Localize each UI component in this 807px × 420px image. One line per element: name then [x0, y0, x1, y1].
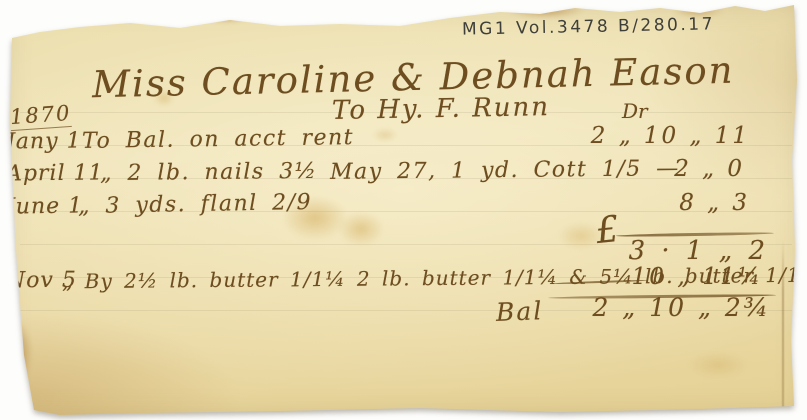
archival-catalog-number: MG1 Vol.3478 B/280.17	[462, 14, 715, 39]
debit-abbreviation: Dr	[622, 99, 648, 123]
paper-stain	[688, 352, 748, 378]
entry-date: April 11	[6, 160, 104, 186]
entry-description: „ 2 lb. nails 3½	[100, 159, 318, 186]
total-amount: 3 · 1 „ 2	[629, 236, 769, 266]
entry-amount: 2 „ 0	[674, 156, 745, 182]
scanned-receipt: MG1 Vol.3478 B/280.17 Miss Caroline & De…	[0, 0, 807, 420]
pound-sign: £	[594, 209, 621, 252]
credit-entry-amount: 10 „ 11¼	[632, 264, 763, 290]
balance-label: Bal	[496, 296, 544, 327]
entry-description: „ 3 yds. flanl 2/9	[78, 190, 312, 219]
paper-sheet: MG1 Vol.3478 B/280.17 Miss Caroline & De…	[0, 0, 807, 420]
entry-date: June 1	[6, 193, 84, 219]
ledger-year: 1870	[9, 101, 72, 131]
paper-surface: MG1 Vol.3478 B/280.17 Miss Caroline & De…	[0, 0, 807, 420]
balance-amount: 2 „ 10 „ 2¾	[592, 293, 771, 322]
paper-stain	[0, 282, 18, 308]
entry-date: Jany 1	[6, 128, 82, 154]
paper-stain	[338, 212, 384, 246]
document-title-debtor: To Hy. F. Runn	[332, 92, 551, 126]
paper-stain	[0, 318, 32, 388]
entry-description: To Bal. on acct rent	[82, 125, 354, 154]
paper-stain	[205, 10, 249, 23]
entry-description-continued: May 27, 1 yd. Cott 1/5 —	[330, 156, 680, 185]
paper-stain	[372, 128, 398, 142]
entry-amount: 8 „ 3	[679, 190, 750, 216]
entry-amount: 2 „ 10 „ 11	[591, 123, 750, 149]
paper-stain	[505, 1, 585, 19]
